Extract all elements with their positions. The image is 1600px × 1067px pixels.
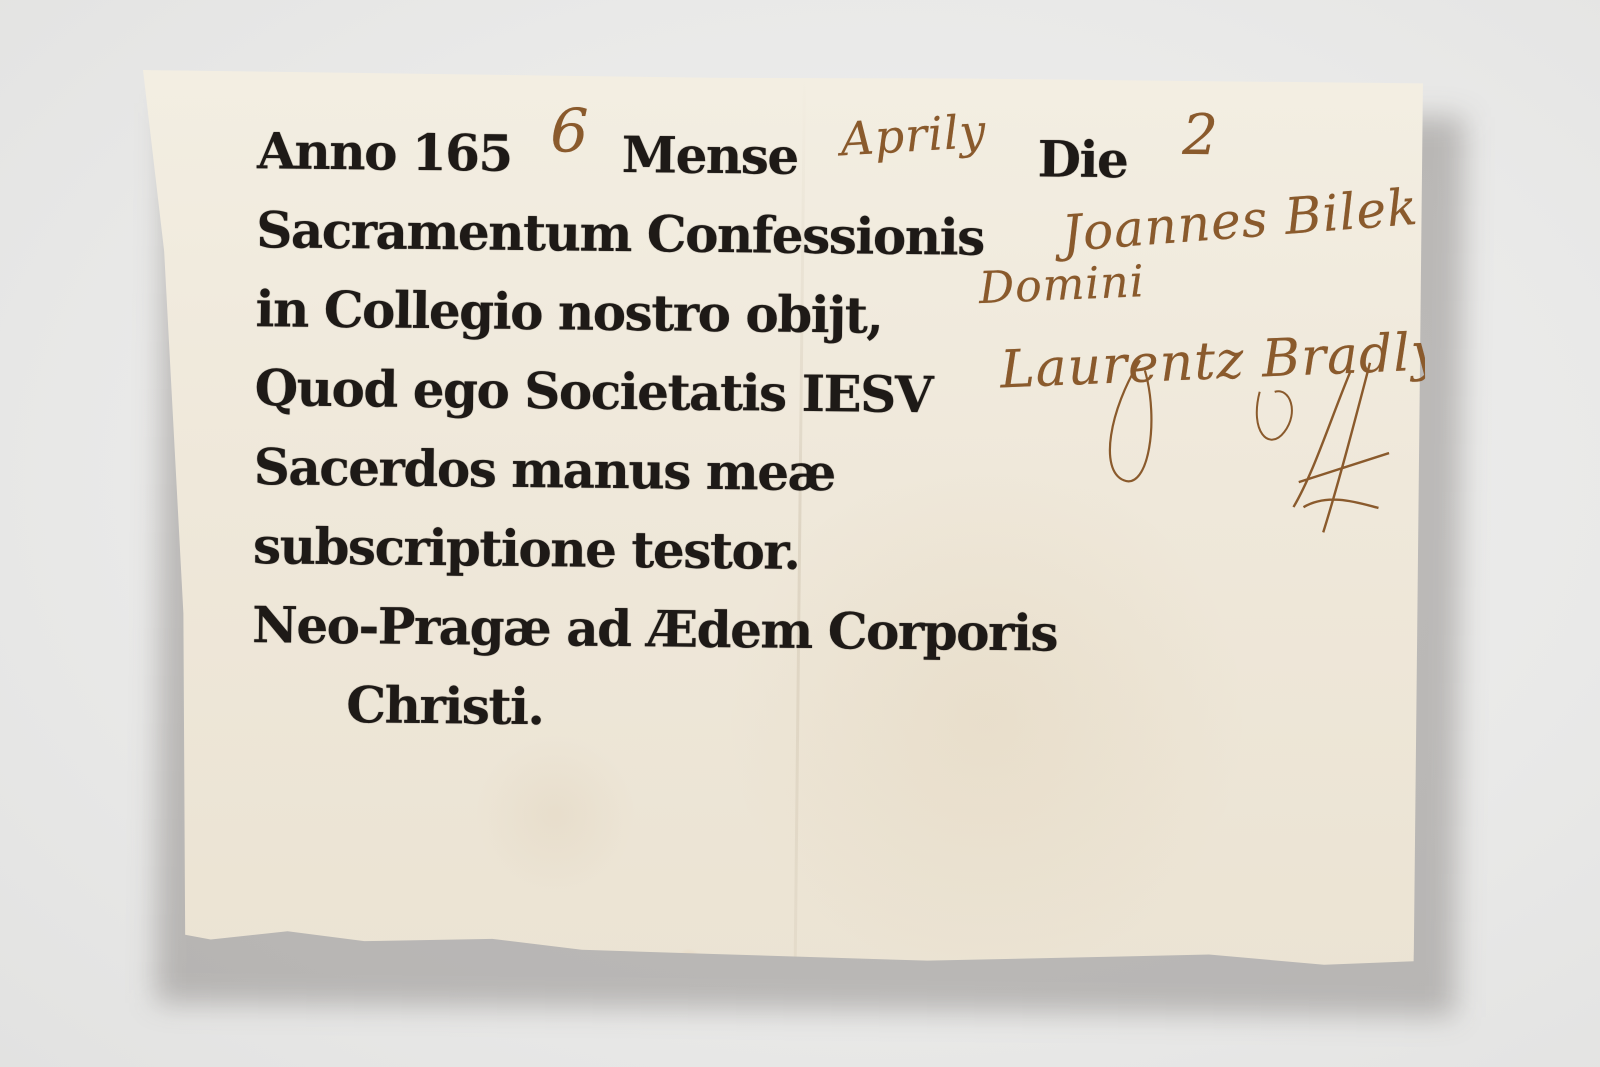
printed-line-5: Sacerdos manus meæ [253,427,1124,515]
printed-line-6: subscriptione testor. [253,506,1124,594]
mense-label: Mense [621,125,798,186]
anno-label: Anno 165 [257,121,512,183]
die-label: Die [1037,129,1127,189]
printed-line-1: Anno 165MenseDie [257,111,1128,199]
handwritten-month: Aprily [839,104,988,167]
printed-line-8: Christi. [251,664,1122,752]
handwritten-year-digit: 6 [550,96,590,166]
document-paper: Anno 165MenseDie Sacramentum Confessioni… [134,70,1423,988]
printed-line-7: Neo-Pragæ ad Ædem Corporis [252,585,1123,673]
signature-flourish-icon [1098,330,1420,553]
handwritten-day: 2 [1182,103,1219,168]
printed-line-4: Quod ego Societatis IESV [254,348,1125,436]
printed-text-block: Anno 165MenseDie Sacramentum Confessioni… [251,111,1128,752]
handwritten-signature-line-2: Domini [978,256,1146,314]
